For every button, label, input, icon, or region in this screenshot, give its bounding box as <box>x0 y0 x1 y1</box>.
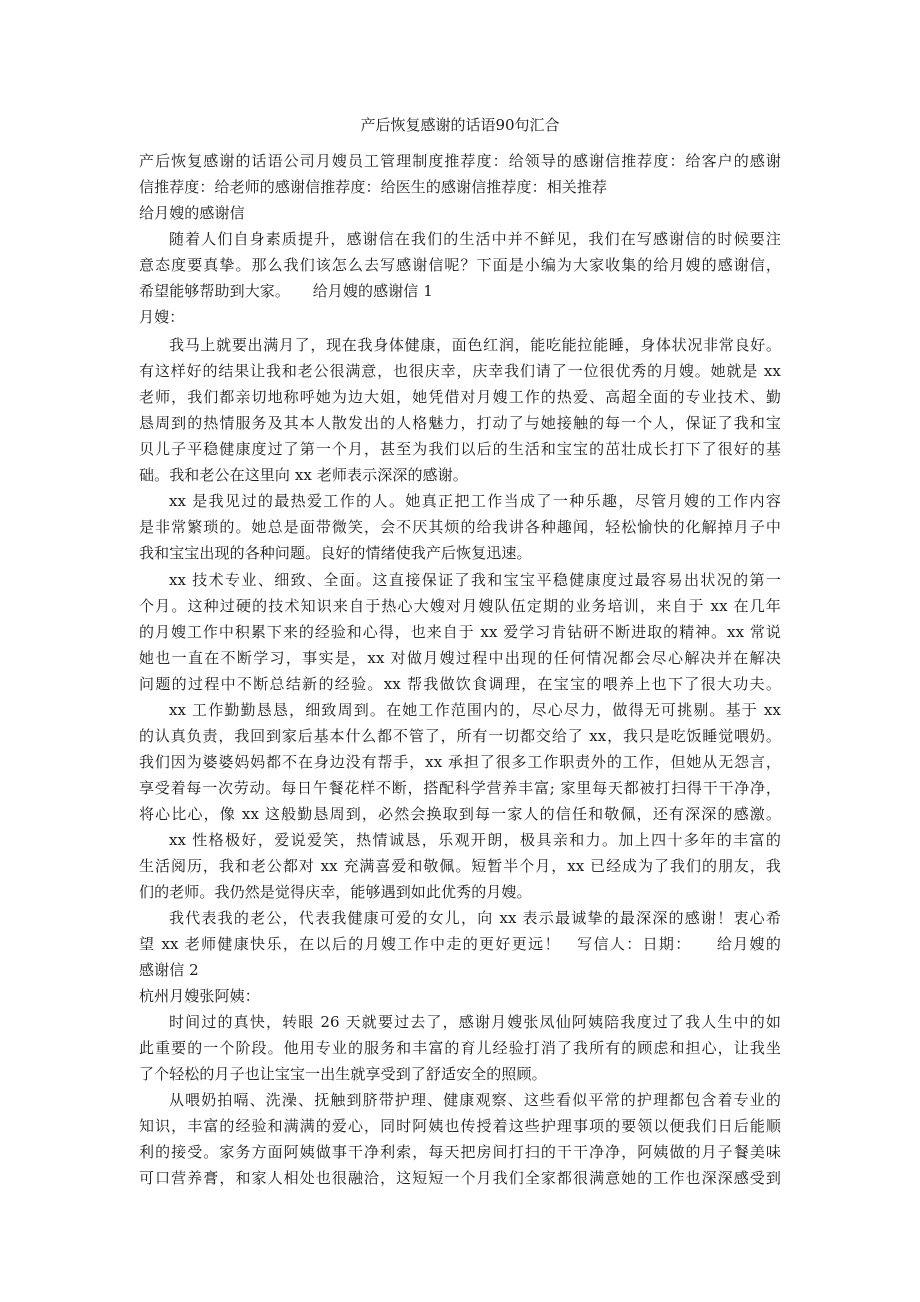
text-line: 生活阅历，我和老公都对 xx 充满喜爱和敬佩。短暂半个月，xx 已经成为了我们的… <box>139 855 781 877</box>
text-line: xx 是我见过的最热爱工作的人。她真正把工作当成了一种乐趣，尽管月嫂的工作内容 <box>169 490 781 512</box>
text-line: 有这样好的结果让我和老公很满意，也很庆幸，庆幸我们请了一位很优秀的月嫂。她就是 … <box>139 360 781 382</box>
text-line: 我们因为婆婆妈妈都不在身边没有帮手，xx 承担了很多工作职责外的工作，但她从无怨… <box>139 751 781 773</box>
text-line: 恳周到的热情服务及其本人散发出的人格魅力，打动了与她接触的每一个人，保证了我和宝 <box>139 412 781 434</box>
text-line: 信推荐度：给老师的感谢信推荐度：给医生的感谢信推荐度：相关推荐 <box>139 176 607 198</box>
text-line: 们的老师。我仍然是觉得庆幸，能够遇到如此优秀的月嫂。 <box>139 881 532 903</box>
text-line: 的月嫂工作中积累下来的经验和心得，也来自于 xx 爱学习肯钻研不断进取的精神。x… <box>139 621 781 643</box>
text-line: 老师，我们都亲切地称呼她为边大姐，她凭借对月嫂工作的热爱、高超全面的专业技术、勤 <box>139 386 781 408</box>
text-line: 了个轻松的月子也让宝宝一出生就享受到了舒适安全的照顾。 <box>139 1063 547 1085</box>
document-title: 产后恢复感谢的话语90句汇合 <box>139 114 781 136</box>
text-line: 我代表我的老公，代表我健康可爱的女儿，向 xx 表示最诚挚的最深深的感谢！衷心希 <box>169 907 781 929</box>
text-line: 杭州月嫂张阿姨： <box>139 985 260 1007</box>
text-line: 产后恢复感谢的话语公司月嫂员工管理制度推荐度：给领导的感谢信推荐度：给客户的感谢 <box>139 150 781 172</box>
text-line: 将心比心，像 xx 这般勤恳周到，必然会换取到每一家人的信任和敬佩，还有深深的感… <box>139 803 781 825</box>
text-line: 础。我和老公在这里向 xx 老师表示深深的感谢。 <box>139 464 468 486</box>
text-line: 意态度要真挚。那么我们该怎么去写感谢信呢？下面是小编为大家收集的给月嫂的感谢信， <box>139 254 781 276</box>
text-line: 我马上就要出满月了，现在我身体健康，面色红润，能吃能拉能睡，身体状况非常良好。 <box>169 334 781 356</box>
text-line: 的认真负责，我回到家后基本什么都不管了，所有一切都交给了 xx，我只是吃饭睡觉喂… <box>139 725 781 747</box>
text-line: 望 xx 老师健康快乐，在以后的月嫂工作中走的更好更远！ 写信人：日期： 给月嫂… <box>139 933 781 955</box>
text-line: 从喂奶拍嗝、洗澡、抚触到脐带护理、健康观察、这些看似平常的护理都包含着专业的 <box>169 1089 781 1111</box>
text-line: xx 性格极好，爱说爱笑，热情诚恳，乐观开朗，极具亲和力。加上四十多年的丰富的 <box>169 829 781 851</box>
text-line: 贝儿子平稳健康度过了第一个月，甚至为我们以后的生活和宝宝的茁壮成长打下了很好的基 <box>139 438 781 460</box>
text-line: 给月嫂的感谢信 <box>139 202 245 224</box>
text-line: 我和宝宝出现的各种问题。良好的情绪使我产后恢复迅速。 <box>139 542 532 564</box>
text-line: xx 工作勤勤恳恳，细致周到。在她工作范围内的，尽心尽力，做得无可挑剔。基于 x… <box>169 699 781 721</box>
text-line: 希望能够帮助到大家。 给月嫂的感谢信 1 <box>139 280 433 302</box>
text-line: 是非常繁琐的。她总是面带微笑，会不厌其烦的给我讲各种趣闻，轻松愉快的化解掉月子中 <box>139 516 781 538</box>
text-line: 随着人们自身素质提升，感谢信在我们的生活中并不鲜见，我们在写感谢信的时候要注 <box>169 228 781 250</box>
text-line: 可口营养膏，和家人相处也很融洽，这短短一个月我们全家都很满意她的工作也深深感受到 <box>139 1167 781 1189</box>
text-line: 此重要的一个阶段。他用专业的服务和丰富的育儿经验打消了我所有的顾虑和担心，让我坐 <box>139 1037 781 1059</box>
text-line: 个月。这种过硬的技术知识来自于热心大嫂对月嫂队伍定期的业务培训，来自于 xx 在… <box>139 595 781 617</box>
text-line: 月嫂： <box>139 306 184 328</box>
text-line: 感谢信 2 <box>139 959 199 981</box>
text-line: xx 技术专业、细致、全面。这直接保证了我和宝宝平稳健康度过最容易出状况的第一 <box>169 569 781 591</box>
text-line: 利的接受。家务方面阿姨做事干净利索，每天把房间打扫的干干净净，阿姨做的月子餐美味 <box>139 1141 781 1163</box>
text-line: 知识，丰富的经验和满满的爱心，同时阿姨也传授着这些护理事项的要领以便我们日后能顺 <box>139 1115 781 1137</box>
text-line: 享受着每一次劳动。每日午餐花样不断，搭配科学营养丰富; 家里每天都被打扫得干干净… <box>139 777 781 799</box>
text-line: 时间过的真快，转眼 26 天就要过去了，感谢月嫂张凤仙阿姨陪我度过了我人生中的如 <box>169 1011 781 1033</box>
text-line: 问题的过程中不断总结新的经验。xx 帮我做饮食调理，在宝宝的喂养上也下了很大功夫… <box>139 673 781 695</box>
text-line: 她也一直在不断学习，事实是，xx 对做月嫂过程中出现的任何情况都会尽心解决并在解… <box>139 647 781 669</box>
